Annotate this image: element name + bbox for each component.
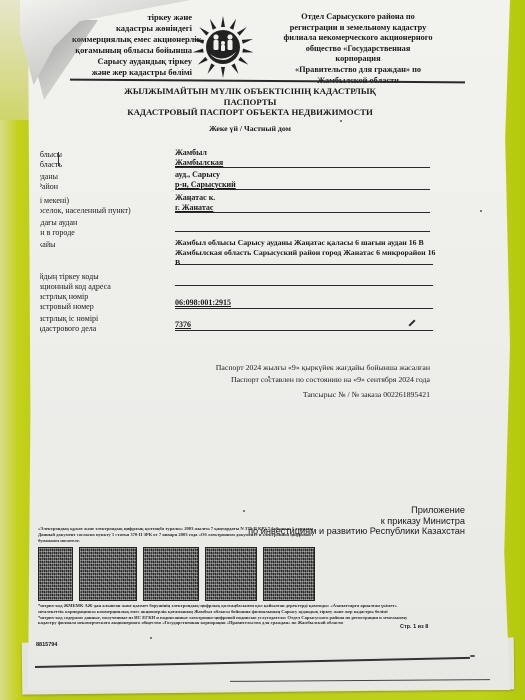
title-kz: ЖЫЛЖЫМАЙТЫН МҮЛІК ОБЪЕКТІСІНІҢ КАДАСТРЛЫ… (100, 86, 400, 97)
field-label-cadastral-file: Кадастрлық іс нөмірі Номер кадастрового … (40, 314, 175, 334)
header-left-line: коммерциялық емес акционерлік (72, 34, 192, 45)
header-right-line: «Правительство для граждан» по (283, 65, 433, 76)
document-title: ЖЫЛЖЫМАЙТЫН МҮЛІК ОБЪЕКТІСІНІҢ КАДАСТРЛЫ… (100, 86, 400, 134)
property-type: Жеке үй / Частный дом (100, 124, 400, 135)
barcode-row (38, 547, 315, 601)
issue-date-block: Паспорт 2024 жылғы «9» қыркүйек жағдайы … (200, 362, 430, 401)
issue-date-kz: Паспорт 2024 жылғы «9» қыркүйек жағдайы … (200, 362, 430, 374)
title-ru: КАДАСТРОВЫЙ ПАСПОРТ ОБЪЕКТА НЕДВИЖИМОСТИ (100, 107, 400, 118)
field-label-city-district: Қаладағы аудан Район в городе (40, 218, 175, 238)
appendix-line: к приказу Министра (295, 516, 465, 527)
field-value-settlement: Жаңатас к. г. Жанатас (175, 193, 430, 213)
field-underline (175, 167, 430, 168)
field-label-address: Мекен-жайы Адрес (40, 240, 175, 260)
header-right-line: филиала некомерческого акционерного (283, 33, 433, 44)
field-label-district: Ауданы Район (40, 172, 175, 192)
barcode-icon (143, 547, 199, 601)
legal-notice-top: «Электрондық құжат және электрондық цифр… (38, 526, 313, 543)
barcode-icon (205, 547, 257, 601)
field-value-cadastral-number: 06:098:001:2915 (175, 298, 430, 308)
barcode-icon (263, 547, 315, 601)
field-label-cadastral-number: Кадастрлық нөмір Кадастровый номер (40, 292, 175, 312)
field-value-cadastral-file: 7376 (175, 320, 430, 330)
field-underline (175, 212, 430, 213)
field-value-region: Жамбыл Жамбылская (175, 148, 430, 168)
header-left-line: және жер кадастры бөлімі (72, 67, 192, 78)
header-left-line: қоғамының облысы бойынша (72, 45, 192, 56)
header-right-line: регистрации и земельному кадастру (283, 23, 433, 34)
header-right-line: общество «Государственная корпорация (283, 44, 433, 65)
field-underline (175, 264, 433, 265)
issue-date-ru: Паспорт составлен по состоянию на «9» се… (200, 374, 430, 386)
header-left-line: Сарысу аудандық тіркеу (72, 56, 192, 67)
field-underline (175, 308, 433, 309)
order-number: Тапсырыс № / № заказа 002261895421 (200, 389, 430, 401)
title-kz-cont: ПАСПОРТЫ (100, 97, 400, 108)
field-value-district: ауд., Сарысу р-н, Сарысуский (175, 170, 430, 190)
header-right-line: Отдел Сарысуского района по (283, 12, 433, 23)
field-label-region: Облысы Область (40, 150, 175, 170)
field-underline-empty (175, 231, 430, 232)
family-sun-emblem-icon (190, 14, 256, 80)
legal-notice-bottom: *штрих-код ЖМБМК АЖ-дан алынған және қыз… (38, 603, 458, 626)
appendix-line: Приложение (295, 505, 465, 516)
barcode-icon (38, 547, 73, 601)
field-underline (175, 330, 433, 331)
header-ru-organization: Отдел Сарысуского района по регистрации … (283, 12, 433, 86)
field-underline-empty (175, 285, 433, 286)
appendix-note: Приложение к приказу Министра по инвести… (295, 505, 465, 537)
field-underline (175, 189, 430, 190)
page-number: Стр. 1 из 8 (400, 624, 428, 630)
barcode-icon (79, 547, 137, 601)
margin-mark (58, 152, 59, 166)
document-id: 8815794 (36, 642, 57, 648)
field-label-address-code: Мекенжайдың тіркеу коды Регистрационный … (40, 272, 175, 292)
field-label-settlement: Елді мекен (кенті, елді мекені) Населенн… (40, 196, 175, 216)
